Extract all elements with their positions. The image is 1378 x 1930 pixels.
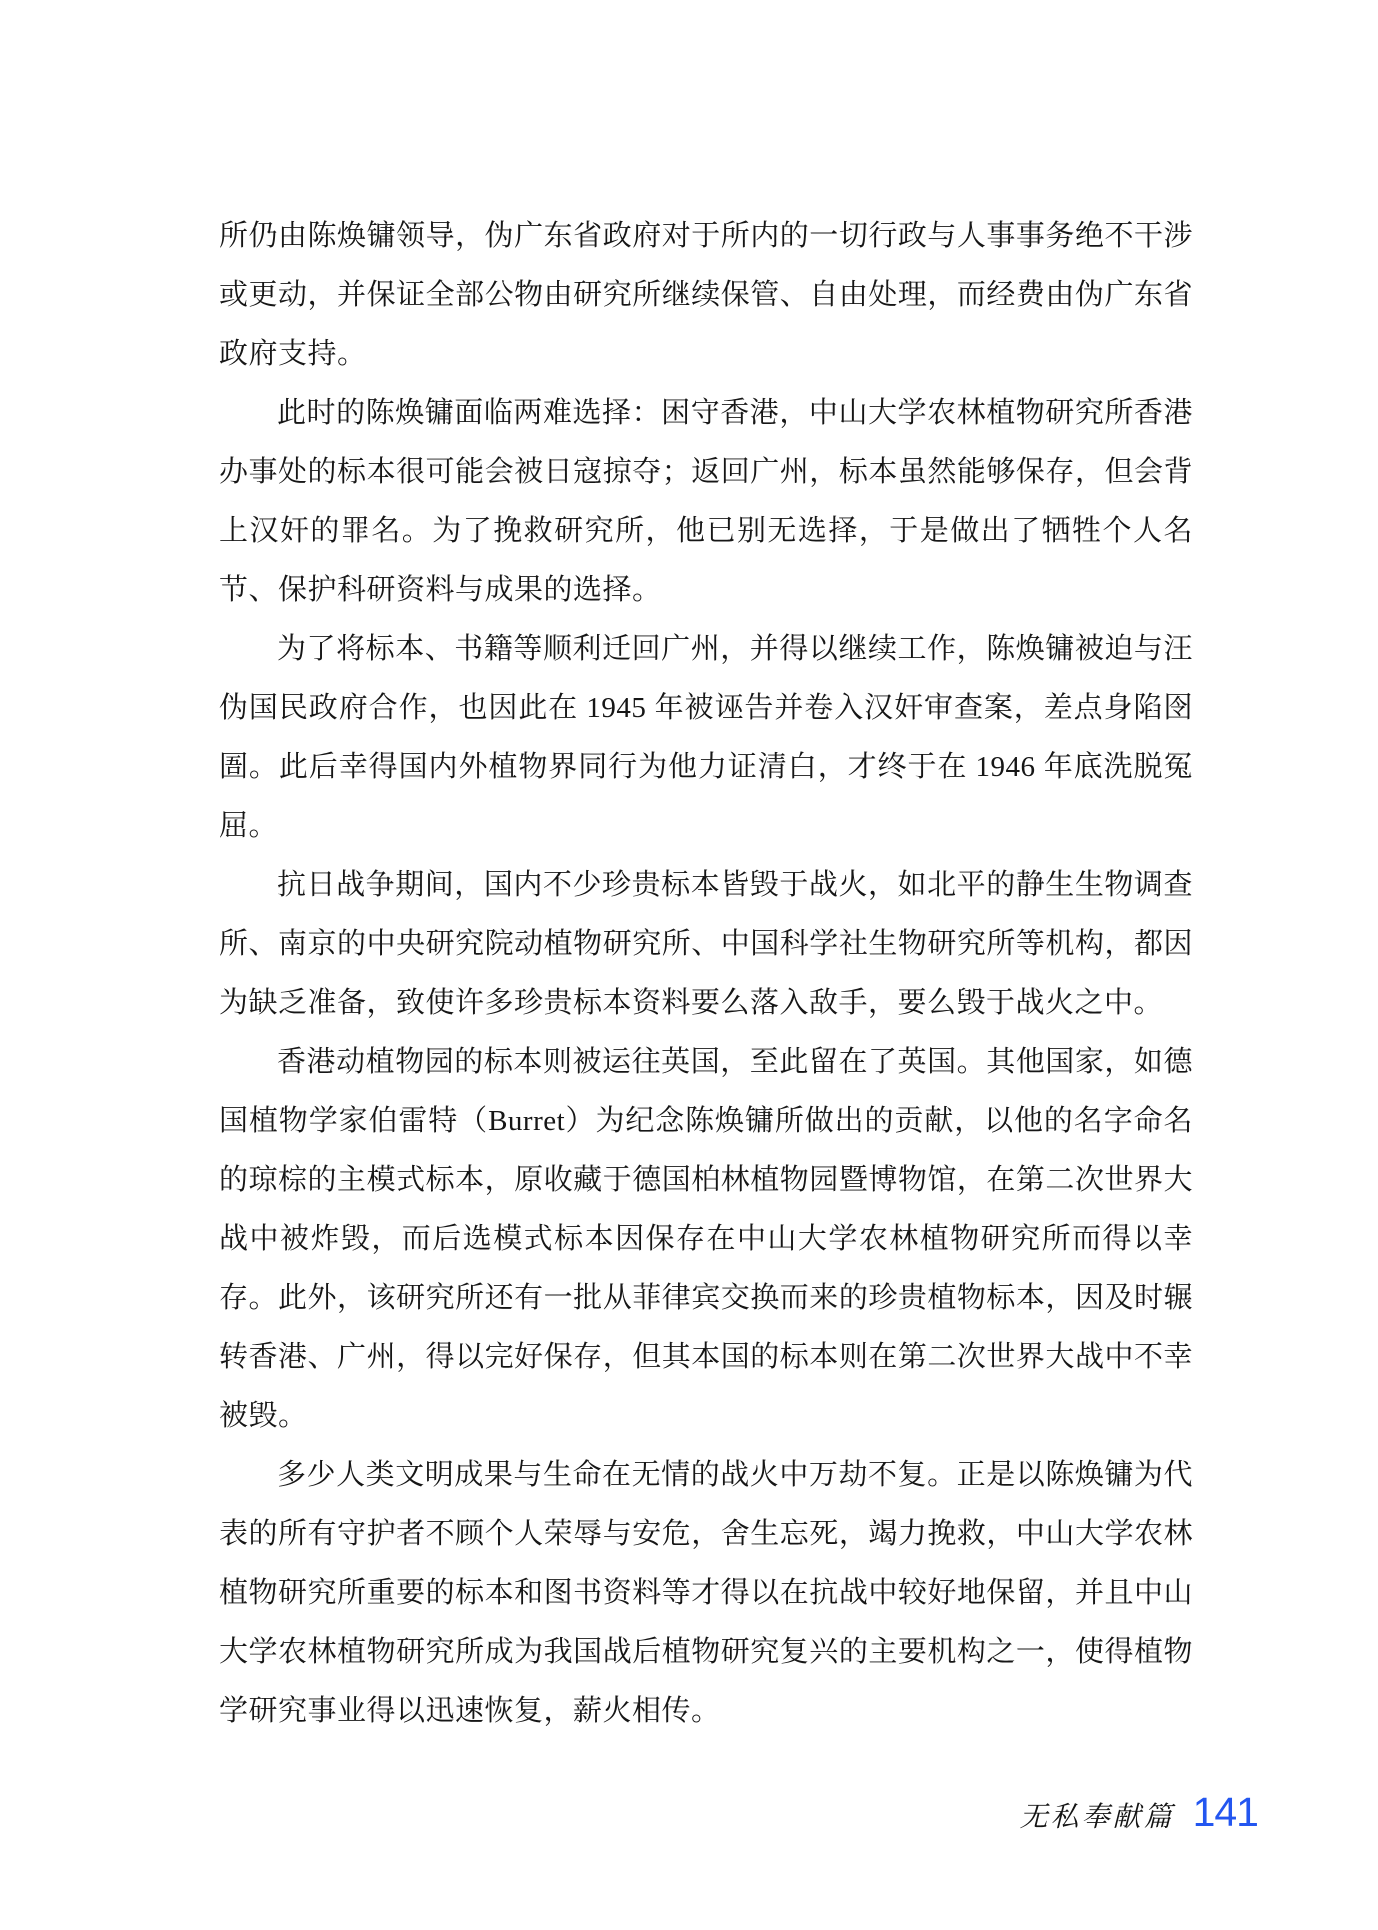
- body-paragraph: 香港动植物园的标本则被运往英国，至此留在了英国。其他国家，如德国植物学家伯雷特（…: [219, 1033, 1193, 1446]
- page-footer: 无私奉献篇 141: [1020, 1789, 1258, 1836]
- book-page: 所仍由陈焕镛领导，伪广东省政府对于所内的一切行政与人事事务绝不干涉或更动，并保证…: [0, 0, 1378, 1930]
- body-paragraph: 多少人类文明成果与生命在无情的战火中万劫不复。正是以陈焕镛为代表的所有守护者不顾…: [219, 1446, 1193, 1741]
- body-paragraph: 所仍由陈焕镛领导，伪广东省政府对于所内的一切行政与人事事务绝不干涉或更动，并保证…: [219, 207, 1193, 384]
- section-title-label: 无私奉献篇: [1020, 1795, 1175, 1835]
- page-number: 141: [1193, 1789, 1258, 1836]
- body-paragraph: 抗日战争期间，国内不少珍贵标本皆毁于战火，如北平的静生生物调查所、南京的中央研究…: [219, 856, 1193, 1033]
- body-paragraph: 为了将标本、书籍等顺利迁回广州，并得以继续工作，陈焕镛被迫与汪伪国民政府合作，也…: [219, 620, 1193, 856]
- page-body: 所仍由陈焕镛领导，伪广东省政府对于所内的一切行政与人事事务绝不干涉或更动，并保证…: [219, 207, 1193, 1741]
- body-paragraph: 此时的陈焕镛面临两难选择：困守香港，中山大学农林植物研究所香港办事处的标本很可能…: [219, 384, 1193, 620]
